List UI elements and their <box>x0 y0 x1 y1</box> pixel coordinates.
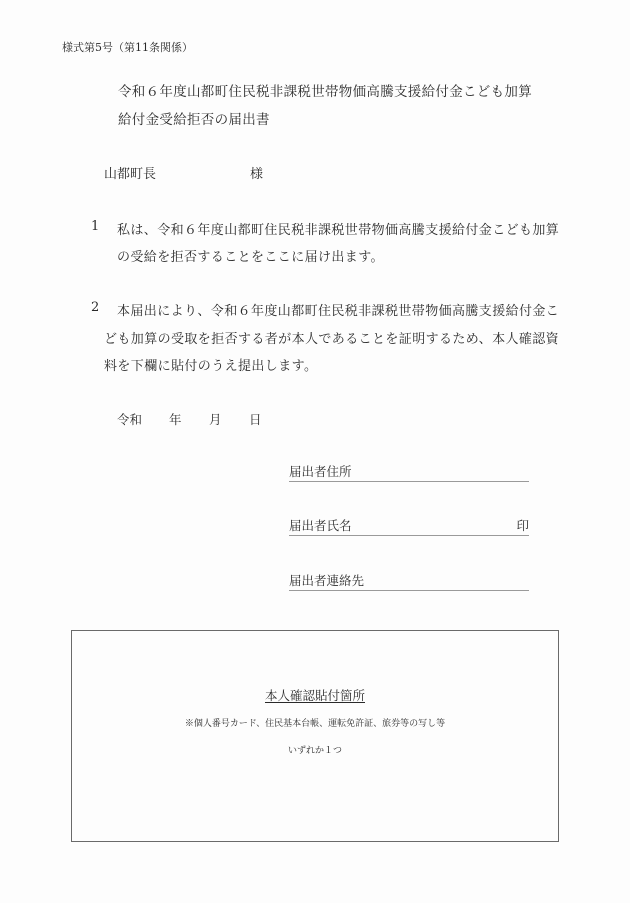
id-document-note: ※個人番号カード、住民基本台帳、運転免許証、旅券等の写し等 <box>72 716 558 729</box>
id-attachment-title: 本人確認貼付箇所 <box>72 686 558 704</box>
paragraph-1-line-2: の受給を拒否することをここに届け出ます。 <box>117 246 384 265</box>
applicant-address-label: 届出者住所 <box>289 464 352 479</box>
date-day-field[interactable]: 日 <box>249 410 262 428</box>
id-attachment-box: 本人確認貼付箇所 ※個人番号カード、住民基本台帳、運転免許証、旅券等の写し等 い… <box>71 630 559 842</box>
form-number: 様式第5号（第11条関係） <box>62 39 193 55</box>
paragraph-2-line-1: 本届出により、令和６年度山都町住民税非課税世帯物価高騰支援給付金こ <box>117 300 559 319</box>
applicant-contact-label: 届出者連絡先 <box>289 573 364 588</box>
paragraph-2-line-3: 料を下欄に貼付のうえ提出します。 <box>104 355 317 374</box>
paragraph-2-line-2: ども加算の受取を拒否する者が本人であることを証明するため、本人確認資 <box>104 328 559 347</box>
applicant-address-field[interactable]: 届出者住所 <box>289 463 529 482</box>
seal-mark: 印 <box>516 517 529 535</box>
date-era: 令和 <box>117 410 142 428</box>
document-title-line-2: 給付金受給拒否の届出書 <box>118 108 270 128</box>
addressee-name: 山都町長 <box>104 167 156 182</box>
paragraph-1-line-1: 私は、令和６年度山都町住民税非課税世帯物価高騰支援給付金こども加算 <box>117 219 559 238</box>
paragraph-1-number: 1 <box>91 219 99 234</box>
addressee-honorific: 様 <box>250 163 263 182</box>
applicant-name-label: 届出者氏名 <box>289 518 352 533</box>
applicant-contact-field[interactable]: 届出者連絡先 <box>289 572 529 591</box>
id-any-one-note: いずれか１つ <box>72 743 558 756</box>
date-year-field[interactable]: 年 <box>169 410 182 428</box>
addressee: 山都町長 様 <box>104 163 156 182</box>
date-month-field[interactable]: 月 <box>209 410 222 428</box>
document-title-line-1: 令和６年度山都町住民税非課税世帯物価高騰支援給付金こども加算 <box>118 80 532 100</box>
paragraph-2-number: 2 <box>91 300 99 315</box>
applicant-name-field[interactable]: 届出者氏名 印 <box>289 517 529 536</box>
